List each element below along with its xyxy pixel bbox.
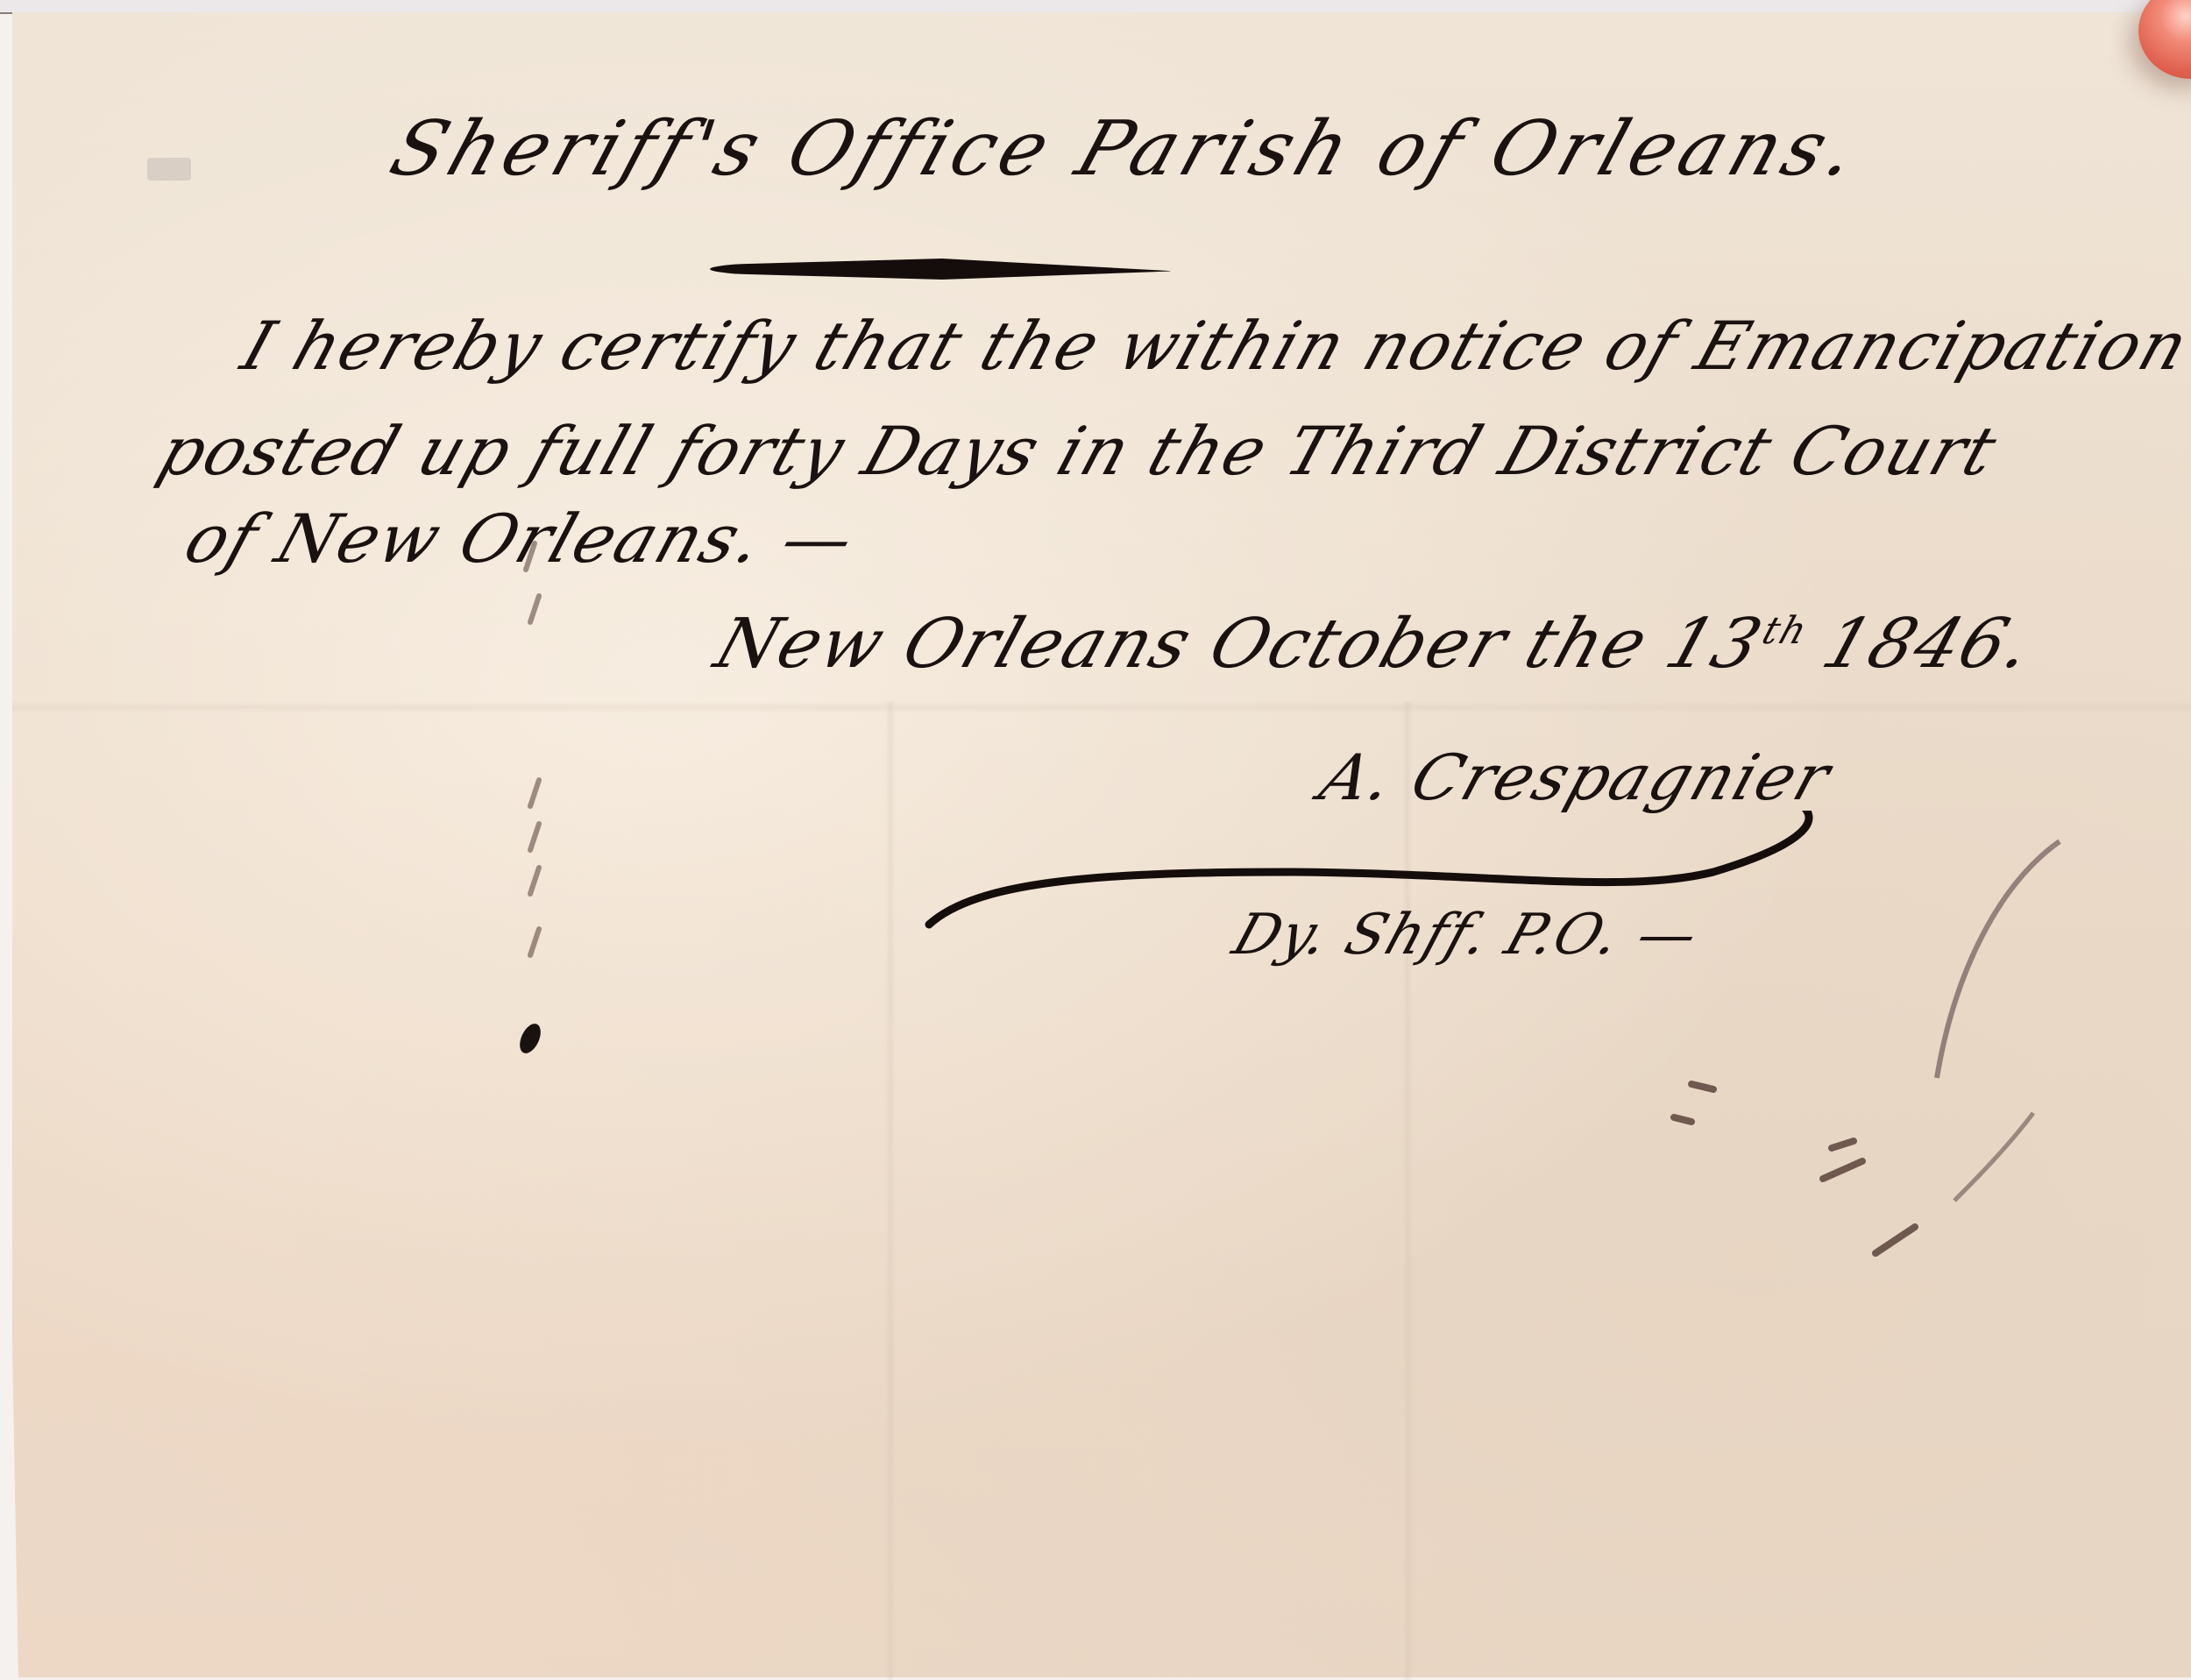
body-line: posted up full forty Days in the Third D… — [150, 412, 2008, 490]
body-line: I hereby certify that the within notice … — [233, 307, 2191, 385]
dateline: New Orleans October the 13th 1846. — [706, 605, 2043, 684]
ink-bleed-through — [491, 491, 596, 1060]
dateline-day: 13 — [1656, 605, 1773, 684]
dateline-year: 1846. — [1813, 605, 2044, 684]
signature: A. Crespagnier — [1311, 741, 1840, 814]
ink-bleed-through — [1665, 815, 2103, 1341]
signer-title: Dy. Shff. P.O. — — [1225, 903, 1707, 968]
dateline-place: New Orleans — [706, 605, 1202, 684]
horizontal-fold-crease — [12, 701, 2191, 713]
dateline-article: the — [1515, 605, 1658, 684]
vertical-fold-crease — [885, 701, 896, 1680]
dateline-month: October — [1200, 605, 1518, 684]
background-surface — [0, 0, 2191, 14]
paper-stain — [147, 158, 191, 181]
document-heading: Sheriff's Office Parish of Orleans. — [380, 105, 1873, 193]
